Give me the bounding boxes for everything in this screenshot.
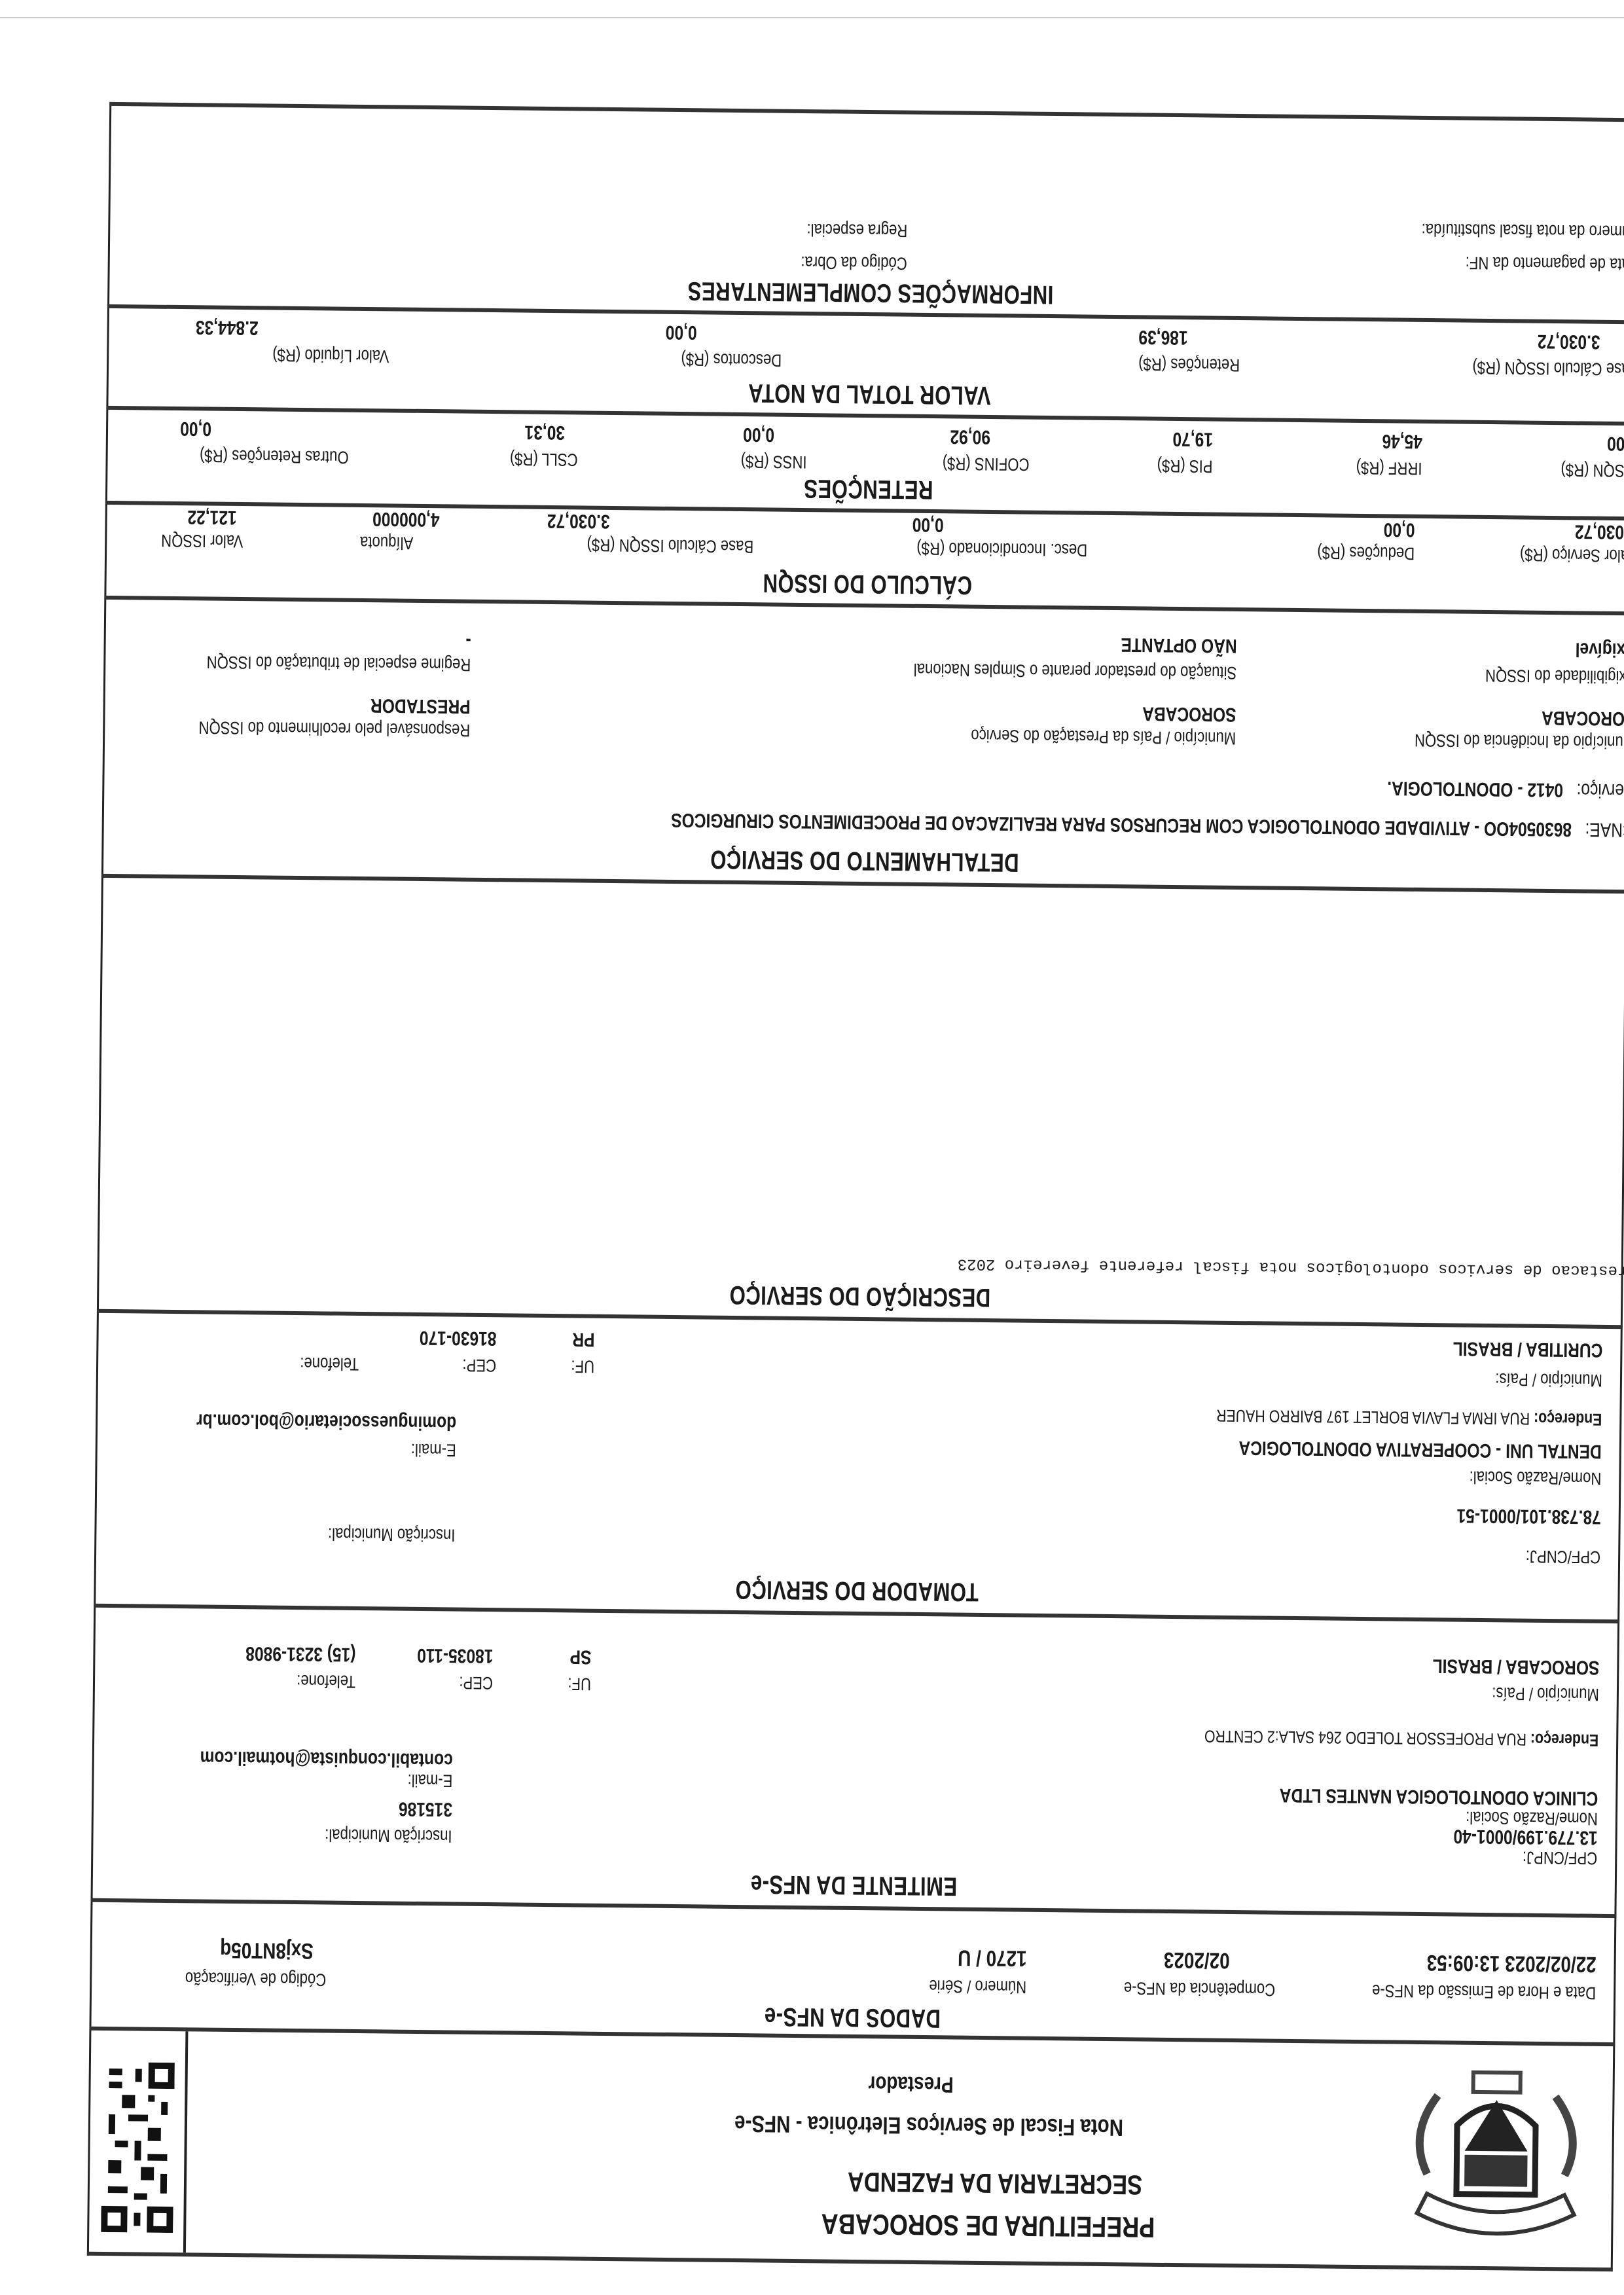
document-header: PREFEITURA DE SOROCABA SECRETARIA DA FAZ…: [87, 2027, 1615, 2271]
tomador-uf-label: UF:: [571, 1356, 594, 1376]
calc-value: 121,22: [187, 505, 237, 528]
number-value: 1270 / U: [958, 1945, 1027, 1971]
calc-label: Alíquota: [360, 532, 414, 553]
emission-label: Data e Hora de Emissão da NFS-e: [1372, 1980, 1596, 2003]
emission-value: 22/02/2023 13:09:53: [1427, 1949, 1597, 1977]
tomador-city-label: Município / País:: [1495, 1369, 1602, 1390]
total-label: Descontos (R$): [681, 349, 782, 370]
ret-value: 0,00: [743, 423, 774, 445]
replaced-note-label: Número da nota fiscal substituída:: [1421, 219, 1624, 242]
emitente-email-value: contabil.conquista@hotmail.com: [200, 1746, 453, 1771]
tomador-address: Endereço: RUA IRMA FLAVIA BORLET 197 BAI…: [1216, 1405, 1602, 1430]
tomador-name-label: Nome/Razão Social:: [1469, 1467, 1601, 1489]
ret-value: 19,70: [1172, 427, 1213, 450]
ret-label: ISSQN (R$): [1561, 460, 1624, 480]
calc-label: Valor ISSQN: [161, 530, 243, 551]
ret-label: PIS (R$): [1157, 456, 1213, 477]
tomador-name-value: DENTAL UNI - COOPERATIVA ODONTOLOGICA: [1238, 1436, 1602, 1462]
tomador-cnpj-value: 78.738.101/0001-51: [1456, 1504, 1601, 1528]
address-label: Endereço:: [1534, 1409, 1602, 1430]
ret-label: CSLL (R$): [510, 448, 578, 469]
tomador-email-value: dominguessocietario@bol.com.br: [196, 1409, 456, 1434]
scan-edge-line: [0, 17, 1624, 18]
total-value: 186,39: [1138, 325, 1188, 348]
payment-date-label: Data de pagamento da NF:: [1466, 253, 1624, 275]
calc-value: 3.030,72: [547, 509, 610, 532]
address-label: Endereço:: [1530, 1730, 1599, 1750]
calc-label: Deduções (R$): [1317, 542, 1415, 564]
section-retencoes: RETENÇÕES ISSQN (R$) 0,00 IRRF (R$) 45,4…: [105, 413, 1624, 520]
emitente-cep-value: 18035-110: [417, 1644, 494, 1667]
place-label: Município / País da Prestação do Serviço: [971, 725, 1236, 748]
ret-value: 30,31: [524, 421, 565, 444]
emitente-name-value: CLINICA ODONTOLOGICA NANTES LTDA: [1280, 1784, 1598, 1809]
exigibility-value: Exigível: [1575, 638, 1624, 660]
section-title: EMITENTE DA NFS-e: [259, 1864, 1449, 1906]
service-row: Serviço: 0412 - ODONTOLOGIA.: [1387, 776, 1624, 801]
tomador-phone-label: Telefone:: [300, 1353, 359, 1374]
tomador-im-label: Inscrição Municipal:: [328, 1524, 456, 1545]
place-value: SOROCABA: [1142, 702, 1236, 725]
emitente-uf-label: UF:: [568, 1673, 591, 1693]
section-calculo-issqn: CÁLCULO DO ISSQN Valor Serviço (R$) 3.03…: [104, 508, 1624, 615]
address-value: RUA PROFESSOR TOLEDO 264 SALA:2 CENTRO: [1204, 1727, 1526, 1750]
tomador-city-value: CURITIBA / BRASIL: [1453, 1337, 1603, 1360]
regime-value: -: [465, 630, 471, 652]
qr-code-icon[interactable]: [101, 2062, 175, 2233]
emitente-city-label: Município / País:: [1492, 1683, 1599, 1705]
tomador-cep-value: 81630-170: [420, 1326, 497, 1349]
calc-label: Valor Serviço (R$): [1520, 544, 1624, 566]
calc-label: Base Cálculo ISSQN (R$): [586, 535, 753, 557]
section-title: VALOR TOTAL DA NOTA: [274, 373, 1465, 415]
competence-value: 02/2023: [1164, 1947, 1230, 1973]
ret-label: IRRF (R$): [1356, 458, 1422, 479]
total-value: 2.844,33: [196, 316, 259, 338]
verification-label: Código de Verificação: [185, 1968, 327, 1989]
emitente-address: Endereço: RUA PROFESSOR TOLEDO 264 SALA:…: [1204, 1726, 1599, 1750]
service-description: prestacao de servicos odontologicos nota…: [958, 1255, 1624, 1280]
emitente-im-value: 315186: [399, 1798, 452, 1820]
section-valor-total: VALOR TOTAL DA NOTA Base Cálculo ISSQN (…: [106, 312, 1624, 425]
section-title: DESCRIÇÃO DO SERVIÇO: [264, 1274, 1455, 1316]
cnae-label: CNAE:: [1585, 819, 1624, 841]
responsible-value: PRESTADOR: [370, 694, 471, 717]
section-title: TOMADOR DO SERVIÇO: [262, 1569, 1453, 1611]
verification-value: Sxj8NT05q: [220, 1937, 314, 1963]
calc-value: 0,00: [912, 513, 944, 535]
tomador-cnpj-label: CPF/CNPJ:: [1526, 1546, 1601, 1567]
total-label: Retenções (R$): [1138, 353, 1240, 375]
section-emitente: EMITENTE DA NFS-e CPF/CNPJ: 13.779.199/0…: [90, 1621, 1619, 1918]
emitente-email-label: E-mail:: [407, 1770, 452, 1791]
cnae-value: 8630504OO - ATIVIDADE ODONTOLOGICA COM R…: [671, 809, 1572, 840]
incidence-label: Município da Incidência do ISSQN: [1415, 730, 1624, 753]
section-tomador: TOMADOR DO SERVIÇO CPF/CNPJ: 78.738.101/…: [94, 1320, 1622, 1623]
ret-value: 90,92: [950, 425, 990, 448]
address-value: RUA IRMA FLAVIA BORLET 197 BAIRRO HAUER: [1216, 1406, 1530, 1429]
regime-label: Regime especial de tributação do ISSQN: [207, 651, 471, 674]
department-title: SECRETARIA DA FAZENDA: [848, 2166, 1143, 2201]
calc-value: 3.030,72: [1575, 520, 1624, 543]
section-descricao: DESCRIÇÃO DO SERVIÇO prestacao de servic…: [97, 881, 1624, 1329]
tomador-uf-value: PR: [572, 1328, 595, 1350]
simples-label: Situação do prestador perante o Simples …: [914, 659, 1237, 683]
service-label: Serviço:: [1576, 779, 1624, 801]
city-hall-title: PREFEITURA DE SOROCABA: [821, 2207, 1155, 2243]
calc-label: Desc. Incondicionado (R$): [916, 538, 1087, 560]
competence-label: Competência da NFS-e: [1124, 1978, 1276, 1999]
responsible-label: Responsável pelo recolhimento do ISSQN: [198, 717, 470, 740]
copy-label: Prestador: [868, 2070, 954, 2097]
section-title: CÁLCULO DO ISSQN: [272, 563, 1463, 605]
ret-label: Outras Retenções (R$): [200, 445, 349, 467]
section-dados-nfse: DADOS DA NFS-e Data e Hora de Emissão da…: [90, 1912, 1617, 2042]
emitente-name-label: Nome/Razão Social:: [1466, 1807, 1598, 1829]
total-value: 3.030,72: [1538, 330, 1600, 353]
emitente-phone-label: Telefone:: [297, 1671, 355, 1691]
total-label: Base Cálculo ISSQN (R$): [1472, 357, 1624, 380]
work-code-label: Código da Obra:: [801, 252, 907, 274]
simples-value: NÃO OPTANTE: [1121, 633, 1237, 657]
total-label: Valor Líquido (R$): [272, 345, 389, 367]
document-type-title: Nota Fiscal de Serviços Eletrônica - NFS…: [734, 2110, 1123, 2141]
ret-value: 45,46: [1382, 429, 1422, 452]
ret-value: 0,00: [1607, 432, 1624, 454]
ret-label: INSS (R$): [741, 451, 807, 472]
incidence-value: SOROCABA: [1542, 706, 1624, 730]
calc-value: 4,000000: [372, 507, 440, 530]
emitente-cep-label: CEP:: [459, 1672, 493, 1693]
number-label: Número / Série: [929, 1976, 1026, 1997]
service-value: 0412 - ODONTOLOGIA.: [1387, 777, 1563, 801]
ret-label: COFINS (R$): [943, 453, 1030, 474]
total-value: 0,00: [666, 321, 697, 343]
coat-of-arms-icon: [1397, 2056, 1595, 2254]
section-title: RETENÇÕES: [273, 468, 1464, 510]
nfse-document: PREFEITURA DE SOROCABA SECRETARIA DA FAZ…: [87, 102, 1624, 2271]
ret-value: 0,00: [180, 417, 211, 439]
cnae-row: CNAE: 8630504OO - ATIVIDADE ODONTOLOGICA…: [671, 808, 1624, 840]
emitente-uf-value: SP: [569, 1645, 591, 1667]
special-rule-label: Regra especial:: [806, 219, 907, 241]
tomador-cep-label: CEP:: [462, 1355, 496, 1376]
emitente-city-value: SOROCABA / BRASIL: [1433, 1654, 1600, 1678]
tomador-email-label: E-mail:: [411, 1439, 456, 1460]
header-divider: [183, 2031, 189, 2252]
section-detalhamento: DETALHAMENTO DO SERVIÇO CNAE: 8630504OO …: [101, 603, 1624, 894]
emitente-phone-value: (15) 3231-9808: [245, 1642, 356, 1665]
calc-value: 0,00: [1384, 518, 1415, 540]
exigibility-label: Exigibilidade do ISSQN: [1485, 665, 1624, 687]
section-informacoes-complementares: INFORMAÇÕES COMPLEMENTARES Data de pagam…: [107, 102, 1624, 324]
emitente-cnpj-label: CPF/CNPJ:: [1523, 1847, 1598, 1868]
section-title: INFORMAÇÕES COMPLEMENTARES: [276, 272, 1466, 314]
section-title: DETALHAMENTO DO SERVIÇO: [269, 840, 1460, 882]
emitente-im-label: Inscrição Municipal:: [325, 1824, 452, 1846]
